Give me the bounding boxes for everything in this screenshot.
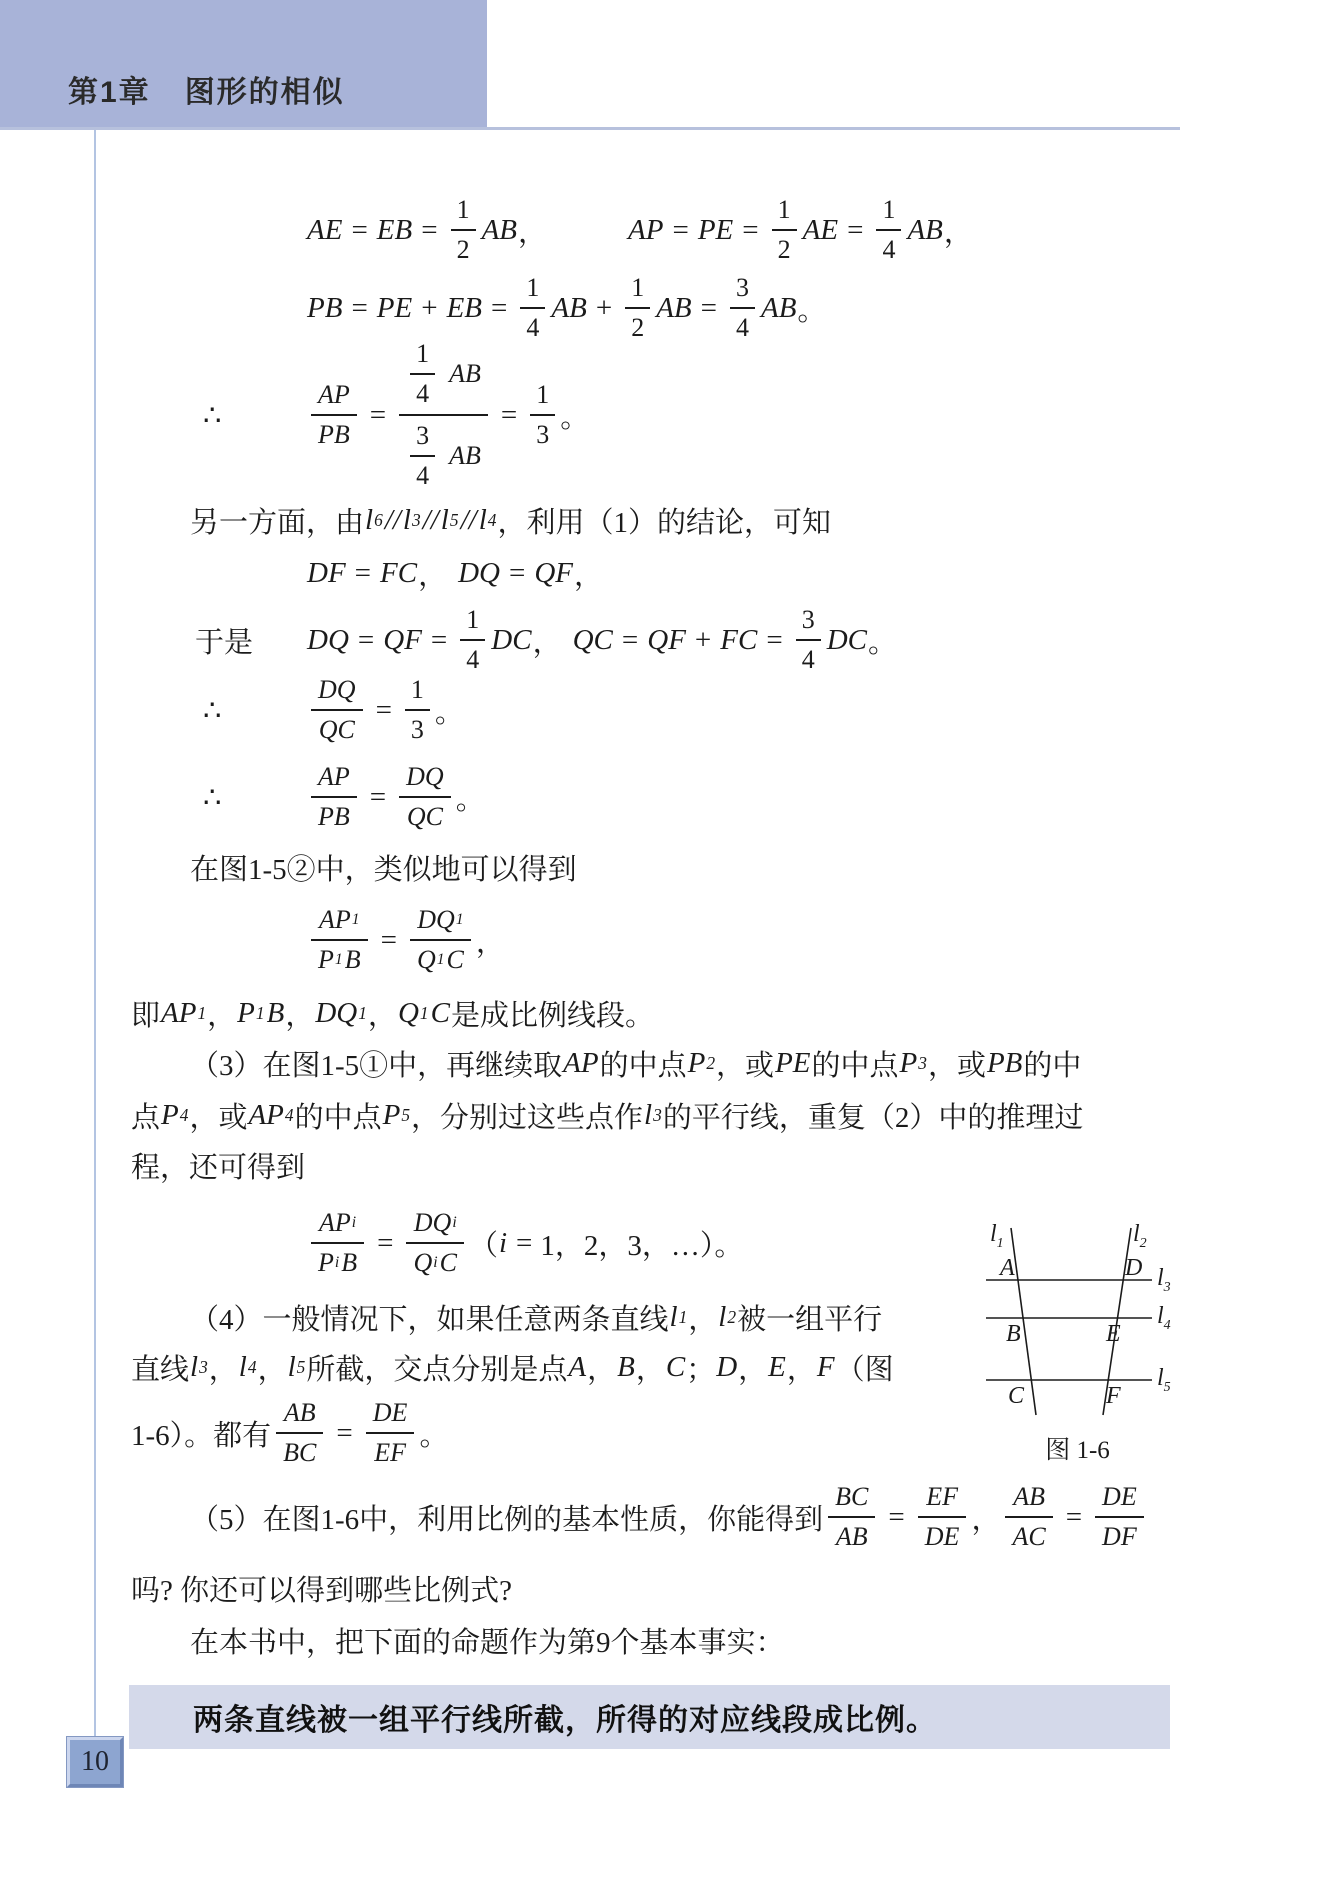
label-l3: l3 bbox=[1157, 1266, 1172, 1295]
equation-pb: PB=PE+EB=14AB+12AB=34AB。 bbox=[131, 270, 1274, 346]
label-l5: l5 bbox=[1157, 1366, 1172, 1395]
figure-caption: 图 1-6 bbox=[970, 1430, 1185, 1466]
equation-dq-qc-third: ∴ DQQC=13 。 bbox=[131, 668, 1274, 752]
page-number-box: 10 bbox=[67, 1737, 123, 1787]
chapter-title: 图形的相似 bbox=[185, 76, 345, 109]
paragraph-fig15-2: 在图1-5②中，类似地可以得到 bbox=[131, 847, 1274, 887]
paragraph-5-line1: （5）在图1-6中，利用比例的基本性质，你能得到 BCAB=EFDE，ABAC=… bbox=[131, 1481, 1274, 1553]
label-point-B: B bbox=[1006, 1322, 1021, 1346]
equation-ap-pb-eq-dq-qc: ∴ APPB=DQQC 。 bbox=[131, 755, 1274, 839]
paragraph-proportional-segments: 即AP1，P1B，DQ1，Q1C是成比例线段。 bbox=[131, 991, 1274, 1035]
figure-1-6-drawing bbox=[970, 1216, 1185, 1461]
chapter-number: 第1章 bbox=[68, 76, 151, 109]
figure-1-6: l1 l2 l3 l4 l5 A D B E C F 图 1-6 bbox=[970, 1216, 1185, 1461]
equation-df-fc: DF=FC，DQ=QF， bbox=[131, 553, 1274, 593]
label-point-E: E bbox=[1106, 1322, 1121, 1346]
paragraph-5-line2: 吗? 你还可以得到哪些比例式? bbox=[131, 1568, 1274, 1608]
header-rule bbox=[0, 127, 1180, 130]
paragraph-basic-fact-intro: 在本书中，把下面的命题作为第9个基本事实： bbox=[131, 1620, 1274, 1660]
basic-fact-box: 两条直线被一组平行线所截，所得的对应线段成比例。 bbox=[129, 1685, 1170, 1749]
label-l4: l4 bbox=[1157, 1304, 1172, 1333]
label-point-C: C bbox=[1008, 1384, 1024, 1408]
paragraph-other-side: 另一方面，由 l6//l3//l5//l4，利用（1）的结论，可知 bbox=[131, 500, 1274, 540]
equation-ae-eb: AE=EB=12AB，AP=PE=12AE=14AB， bbox=[131, 192, 1274, 268]
paragraph-3-line3: 程，还可得到 bbox=[131, 1145, 1274, 1185]
paragraph-3-line2: 点 P4，或 AP4 的中点 P5，分别过这些点作 l3 的平行线，重复（2）中… bbox=[131, 1093, 1274, 1137]
page-number: 10 bbox=[81, 1746, 109, 1778]
left-margin-rule bbox=[94, 130, 96, 1737]
therefore-symbol: ∴ bbox=[203, 693, 221, 728]
equation-ap1-p1b: AP1P1B=DQ1Q1C， bbox=[131, 894, 1274, 986]
label-l2: l2 bbox=[1133, 1222, 1148, 1251]
label-l1: l1 bbox=[990, 1222, 1005, 1251]
paragraph-3-line1: （3）在图1-5①中，再继续取 AP 的中点 P2，或 PE 的中点 P3，或 … bbox=[131, 1041, 1274, 1085]
label-point-D: D bbox=[1125, 1256, 1142, 1280]
therefore-symbol: ∴ bbox=[203, 398, 221, 433]
label-point-A: A bbox=[1000, 1256, 1015, 1280]
equation-ap-pb-ratio: ∴ APPB=14AB34AB=13。 bbox=[131, 345, 1274, 485]
lead-yushi: 于是 bbox=[195, 620, 253, 661]
chapter-header-text: 第1章图形的相似 bbox=[0, 67, 345, 127]
chapter-header-band: 第1章图形的相似 bbox=[0, 0, 487, 127]
basic-fact-text: 两条直线被一组平行线所截，所得的对应线段成比例。 bbox=[129, 1695, 937, 1739]
label-point-F: F bbox=[1106, 1384, 1121, 1408]
therefore-symbol: ∴ bbox=[203, 780, 221, 815]
